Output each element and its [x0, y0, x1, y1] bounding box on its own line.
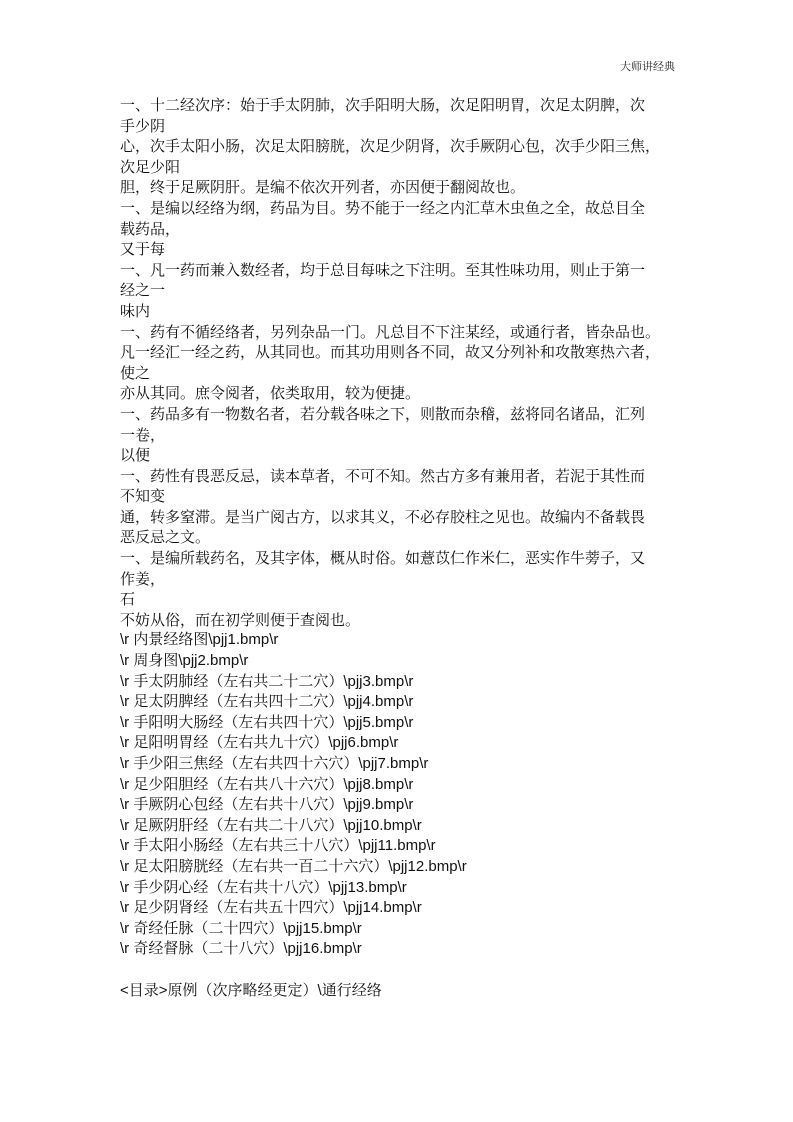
text-line: 使之 [120, 363, 680, 384]
text-line: 又于每 [120, 239, 680, 260]
text-line: 不知变 [120, 486, 680, 507]
image-ref: \r 手太阴肺经（左右共二十二穴）\pjj3.bmp\r [120, 672, 680, 693]
image-ref: \r 奇经任脉（二十四穴）\pjj15.bmp\r [120, 919, 680, 940]
text-line: 味内 [120, 301, 680, 322]
text-line: 一、是编以经络为纲，药品为目。势不能于一经之内汇草木虫鱼之全，故总目全 [120, 198, 680, 219]
page-header: 大师讲经典 [620, 58, 675, 74]
document-page: 大师讲经典 一、十二经次序：始于手太阴肺，次手阳明大肠，次足阳明胃，次足太阴脾，… [0, 0, 793, 1122]
text-line: 一、药有不循经络者，另列杂品一门。凡总目不下注某经，或通行者，皆杂品也。 [120, 322, 680, 343]
text-line: 以便 [120, 445, 680, 466]
image-ref: \r 手太阳小肠经（左右共三十八穴）\pjj11.bmp\r [120, 836, 680, 857]
image-ref: \r 手少阳三焦经（左右共四十六穴）\pjj7.bmp\r [120, 754, 680, 775]
image-ref: \r 周身图\pjj2.bmp\r [120, 651, 680, 672]
text-line: 一、十二经次序：始于手太阴肺，次手阳明大肠，次足阳明胃，次足太阴脾，次 [120, 95, 680, 116]
text-line: 胆，终于足厥阴肝。是编不依次开列者，亦因便于翻阅故也。 [120, 177, 680, 198]
image-ref: \r 足少阳胆经（左右共八十六穴）\pjj8.bmp\r [120, 775, 680, 796]
image-ref: \r 足厥阴肝经（左右共二十八穴）\pjj10.bmp\r [120, 816, 680, 837]
text-line: 手少阴 [120, 116, 680, 137]
text-line: 恶反忌之文。 [120, 527, 680, 548]
text-line: 心，次手太阳小肠，次足太阳膀胱，次足少阴肾，次手厥阴心包，次手少阳三焦， [120, 136, 680, 157]
document-body: 一、十二经次序：始于手太阴肺，次手阳明大肠，次足阳明胃，次足太阴脾，次 手少阴 … [120, 95, 680, 1001]
image-ref: \r 手厥阴心包经（左右共十八穴）\pjj9.bmp\r [120, 795, 680, 816]
footer-nav-text: <目录>原例（次序略经更定）\通行经络 [120, 981, 680, 1002]
text-line: 不妨从俗，而在初学则便于查阅也。 [120, 610, 680, 631]
image-ref: \r 足阳明胃经（左右共九十穴）\pjj6.bmp\r [120, 733, 680, 754]
text-line: 载药品， [120, 219, 680, 240]
text-line: 亦从其同。庶令阅者，依类取用，较为便捷。 [120, 383, 680, 404]
text-line: 一、是编所载药名，及其字体，概从时俗。如薏苡仁作米仁，恶实作牛蒡子，又 [120, 548, 680, 569]
text-line: 一、药品多有一物数名者，若分载各味之下，则散而杂稽，兹将同名诸品，汇列 [120, 404, 680, 425]
text-line: 一、药性有畏恶反忌，读本草者，不可不知。然古方多有兼用者，若泥于其性而 [120, 466, 680, 487]
text-line: 凡一经汇一经之药，从其同也。而其功用则各不同，故又分列补和攻散寒热六者， [120, 342, 680, 363]
text-line: 一、凡一药而兼入数经者，均于总目每味之下注明。至其性味功用，则止于第一 [120, 260, 680, 281]
image-ref: \r 足太阳膀胱经（左右共一百二十六穴）\pjj12.bmp\r [120, 857, 680, 878]
text-line: 次足少阳 [120, 157, 680, 178]
image-ref: \r 足少阴肾经（左右共五十四穴）\pjj14.bmp\r [120, 898, 680, 919]
text-line: 作姜， [120, 569, 680, 590]
image-ref: \r 手少阴心经（左右共十八穴）\pjj13.bmp\r [120, 878, 680, 899]
text-line: 石 [120, 589, 680, 610]
text-line: 通，转多窒滞。是当广阅古方，以求其义，不必存胶柱之见也。故编内不备载畏 [120, 507, 680, 528]
image-ref: \r 足太阴脾经（左右共四十二穴）\pjj4.bmp\r [120, 692, 680, 713]
image-ref: \r 奇经督脉（二十八穴）\pjj16.bmp\r [120, 939, 680, 960]
text-line: 一卷， [120, 425, 680, 446]
spacer [120, 960, 680, 981]
image-ref: \r 手阳明大肠经（左右共四十穴）\pjj5.bmp\r [120, 713, 680, 734]
image-ref: \r 内景经络图\pjj1.bmp\r [120, 630, 680, 651]
text-line: 经之一 [120, 280, 680, 301]
